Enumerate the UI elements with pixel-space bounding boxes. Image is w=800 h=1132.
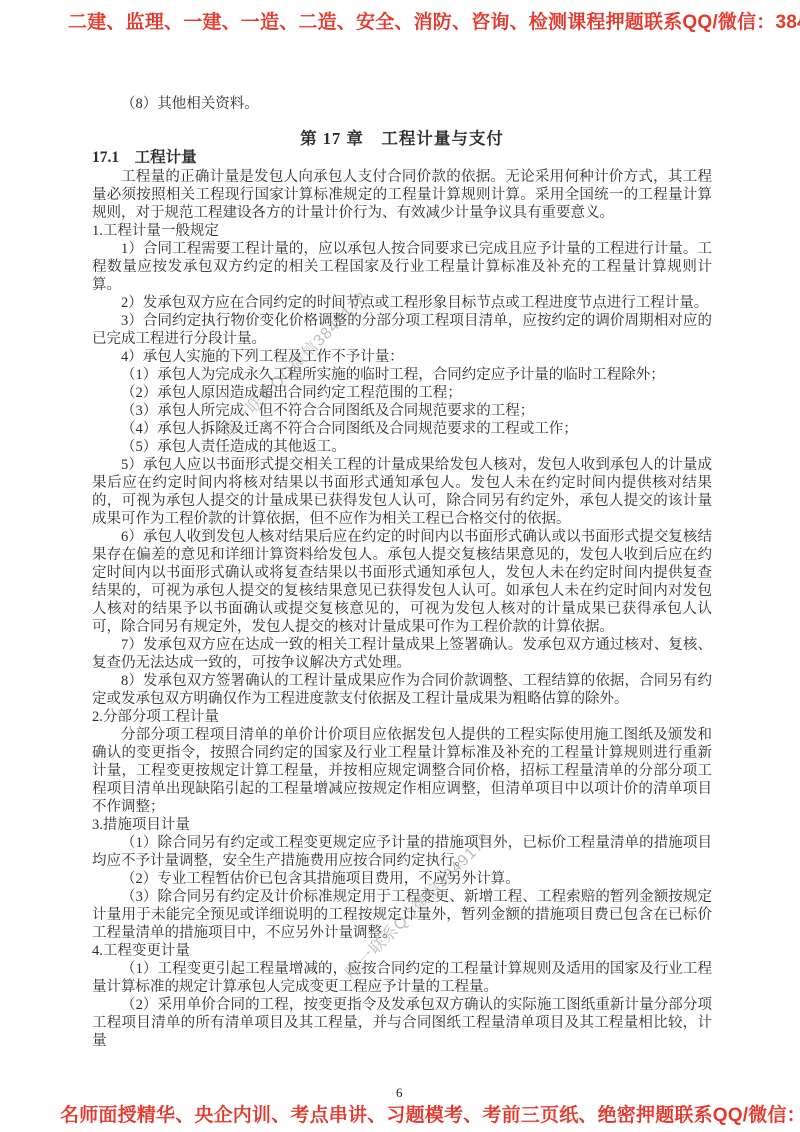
paragraph: 2.分部分项工程计量 xyxy=(92,708,712,726)
paragraph: 工程量的正确计量是发包人向承包人支付合同价款的依据。无论采用何种计价方式，其工程… xyxy=(92,168,712,222)
promo-header-banner: 二建、监理、一建、一造、二造、安全、消防、咨询、检测课程押题联系QQ/微信：38… xyxy=(68,7,800,34)
paragraph: 4）承包人实施的下列工程及工作不予计量： xyxy=(92,348,712,366)
paragraph: 3.措施项目计量 xyxy=(92,816,712,834)
paragraph: 7）发承包双方应在达成一致的相关工程计量成果上签署确认。发承包双方通过核对、复核… xyxy=(92,636,712,672)
paragraph: 3）合同约定执行物价变化价格调整的分部分项工程项目清单，应按约定的调价周期相对应… xyxy=(92,312,712,348)
page-number: 6 xyxy=(396,1085,403,1101)
paragraph: 5）承包人应以书面形式提交相关工程的计量成果给发包人核对，发包人收到承包人的计量… xyxy=(92,456,712,528)
paragraph: （3）除合同另有约定及计价标准规定用于工程变更、新增工程、工程索赔的暂列金额按规… xyxy=(92,888,712,942)
paragraph: 8）发承包双方签署确认的工程计量成果应作为合同价款调整、工程结算的依据，合同另有… xyxy=(92,672,712,708)
paragraph: （4）承包人拆除及迁离不符合合同图纸及合同规范要求的工程或工作； xyxy=(92,420,712,438)
paragraph: （1）承包人为完成永久工程所实施的临时工程，合同约定应予计量的临时工程除外； xyxy=(92,366,712,384)
paragraph: 1）合同工程需要工程计量的，应以承包人按合同要求已完成且应予计量的工程进行计量。… xyxy=(92,240,712,294)
paragraph: （2）承包人原因造成超出合同约定工程范围的工程； xyxy=(92,384,712,402)
paragraph: （5）承包人责任造成的其他返工。 xyxy=(92,438,712,456)
paragraph: （8）其他相关资料。 xyxy=(92,95,712,113)
paragraph: 4.工程变更计量 xyxy=(92,942,712,960)
promo-footer-banner: 名师面授精华、央企内训、考点串讲、习题模考、考前三页纸、绝密押题联系QQ/微信：… xyxy=(60,1100,800,1127)
paragraph: （2）专业工程暂估价已包含其措施项目费用，不应另外计算。 xyxy=(92,870,712,888)
paragraph: 分部分项工程项目清单的单价计价项目应依据发包人提供的工程实际使用施工图纸及颁发和… xyxy=(92,726,712,816)
paragraph: 2）发承包双方应在合同约定的时间节点或工程形象目标节点或工程进度节点进行工程计量… xyxy=(92,294,712,312)
document-body: （8）其他相关资料。第 17 章 工程计量与支付17.1 工程计量工程量的正确计… xyxy=(92,95,712,1050)
chapter-title: 第 17 章 工程计量与支付 xyxy=(92,130,712,148)
paragraph: （2）采用单价合同的工程，按变更指令及发承包双方确认的实际施工图纸重新计量分部分… xyxy=(92,996,712,1050)
paragraph: （1）工程变更引起工程量增减的，应按合同约定的工程量计算规则及适用的国家及行业工… xyxy=(92,960,712,996)
paragraph: 1.工程计量一般规定 xyxy=(92,222,712,240)
paragraph: （1）除合同另有约定或工程变更规定应予计量的措施项目外，已标价工程量清单的措施项… xyxy=(92,834,712,870)
section-title: 17.1 工程计量 xyxy=(92,149,712,167)
paragraph: （3）承包人所完成、但不符合合同图纸及合同规范要求的工程； xyxy=(92,402,712,420)
paragraph: 6）承包人收到发包人核对结果后应在约定的时间内以书面形式确认或以书面形式提交复核… xyxy=(92,528,712,636)
